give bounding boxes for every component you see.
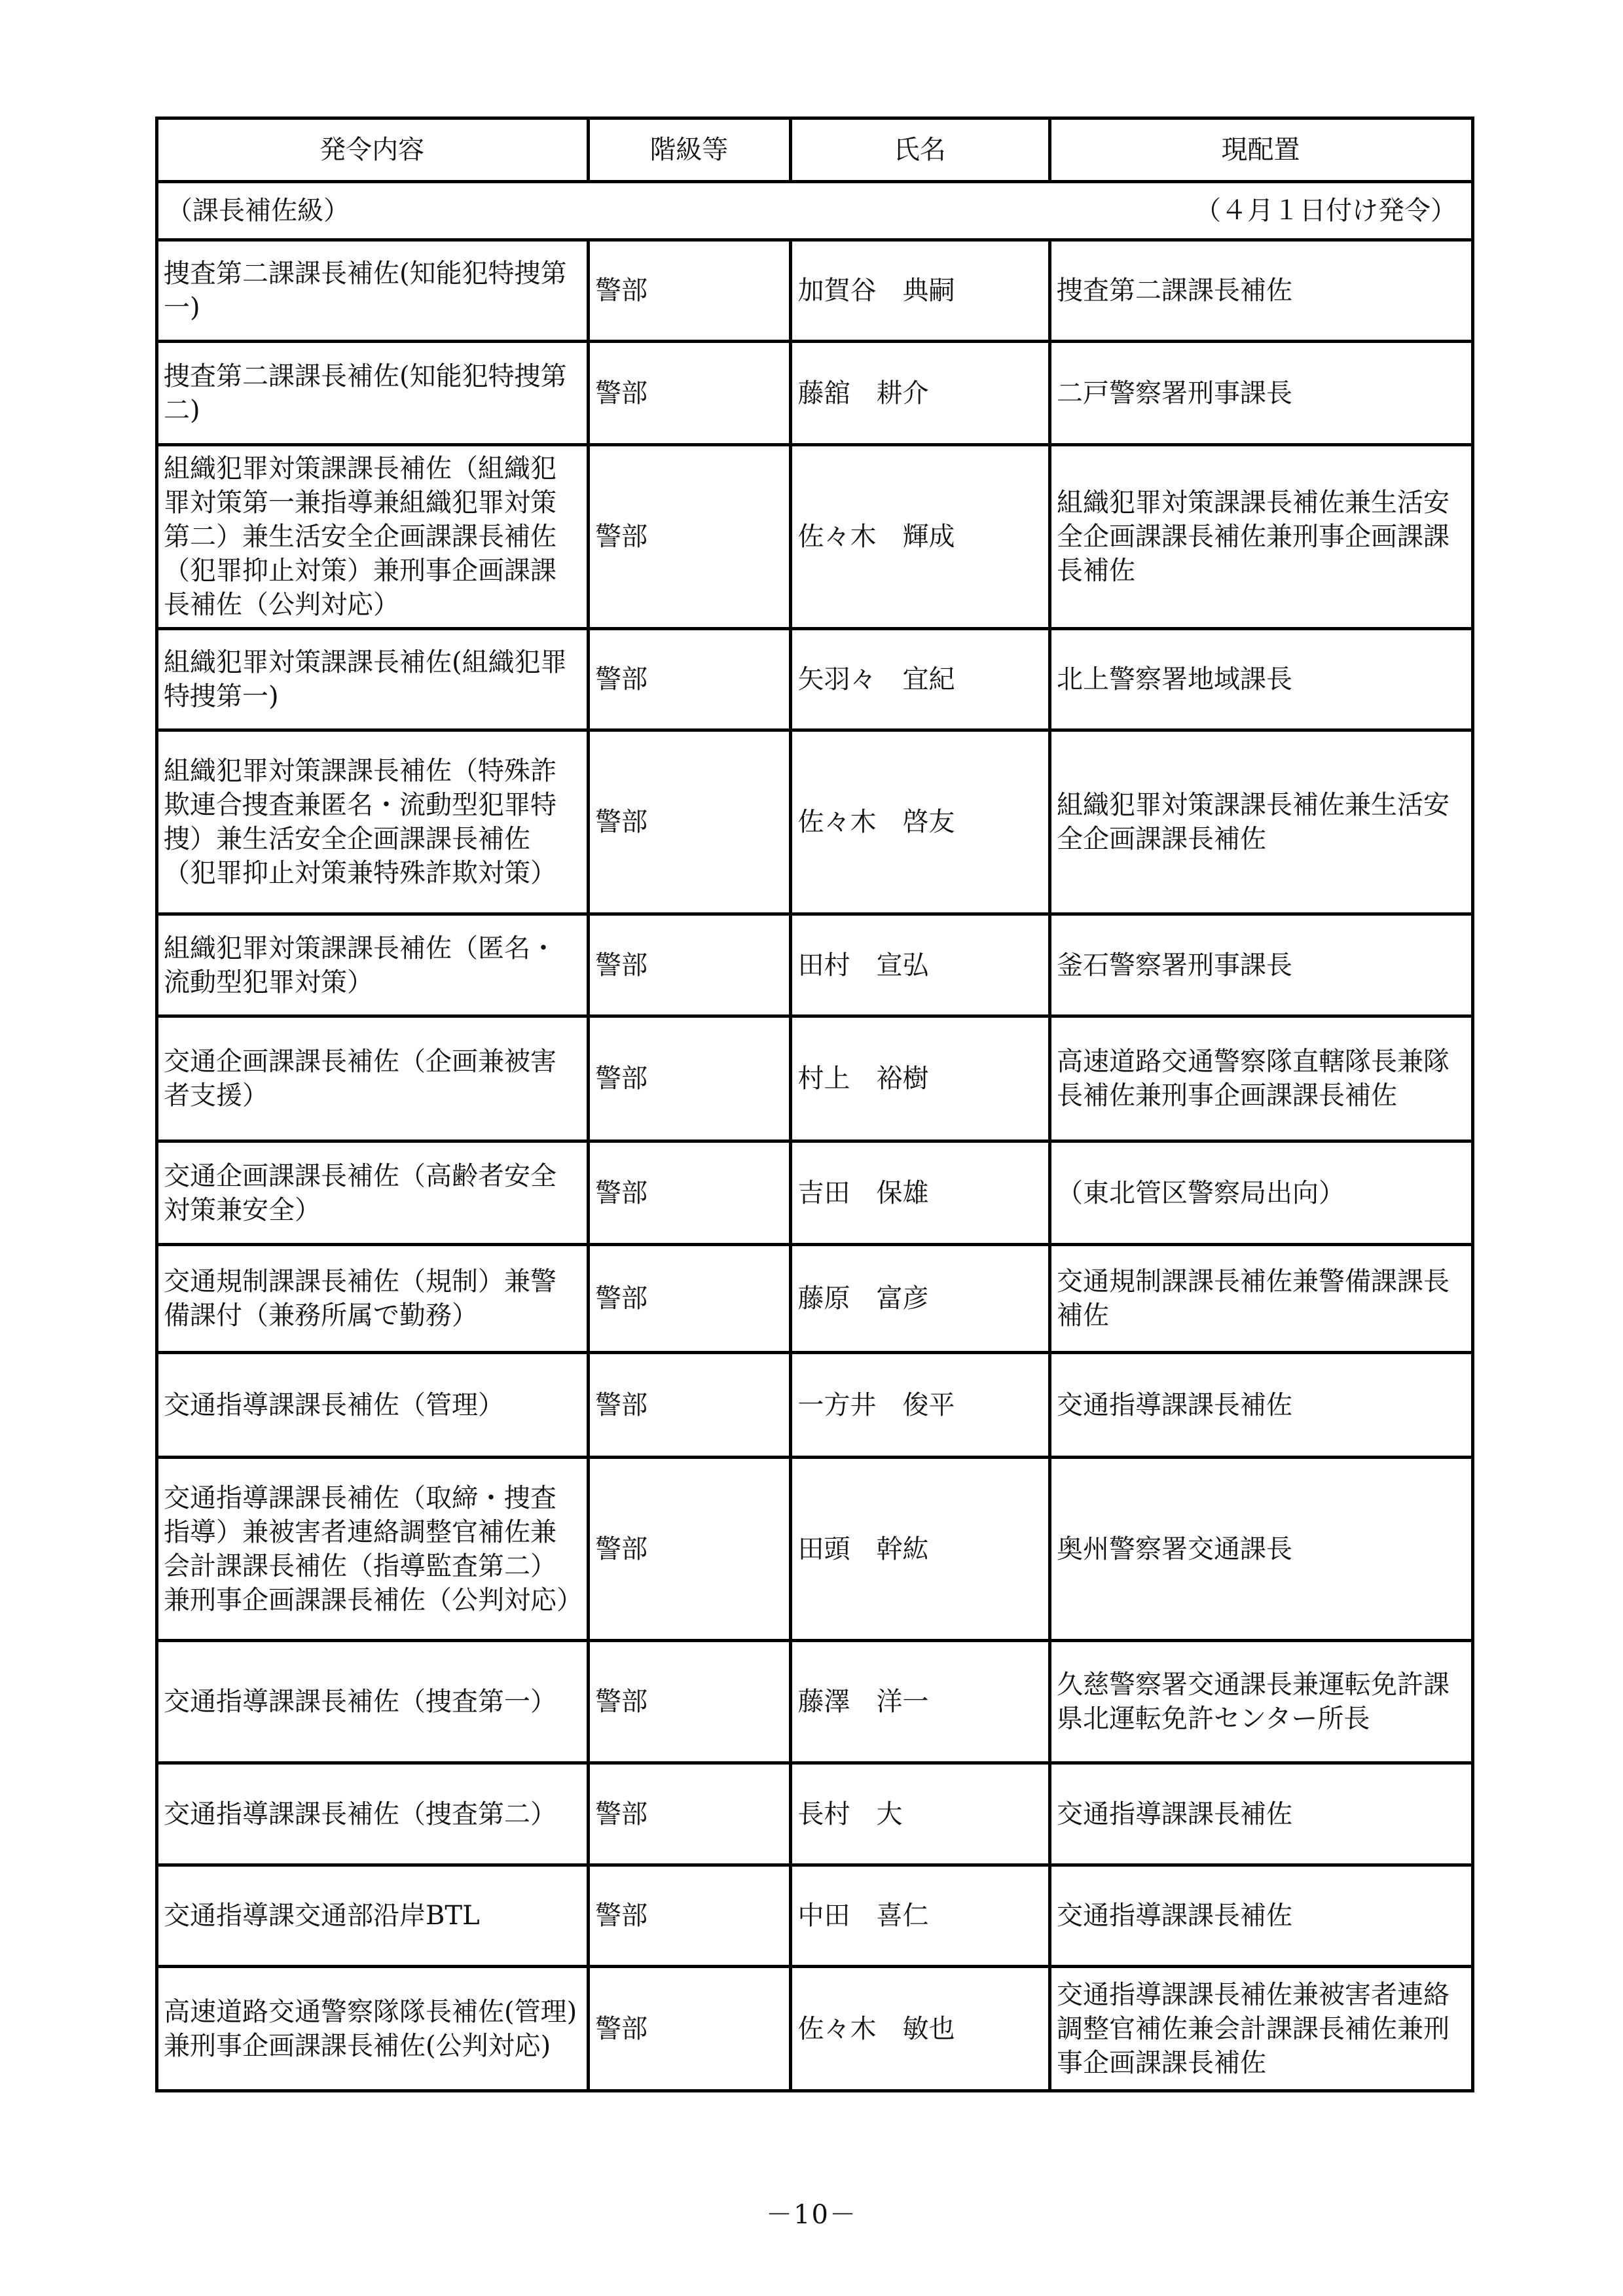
current-cell: 奥州警察署交通課長 xyxy=(1049,1458,1472,1641)
order-cell: 組織犯罪対策課課長補佐（特殊詐欺連合捜査兼匿名・流動型犯罪特捜）兼生活安全企画課… xyxy=(157,730,589,914)
name-cell: 佐々木 輝成 xyxy=(791,445,1050,629)
table-row: 捜査第二課課長補佐(知能犯特捜第一)警部加賀谷 典嗣捜査第二課課長補佐 xyxy=(157,240,1473,342)
name-cell: 佐々木 啓友 xyxy=(791,730,1050,914)
order-cell: 交通指導課課長補佐（管理） xyxy=(157,1353,589,1458)
header-rank: 階級等 xyxy=(589,118,791,182)
name-cell: 中田 喜仁 xyxy=(791,1865,1050,1967)
current-cell: 北上警察署地域課長 xyxy=(1049,629,1472,730)
name-cell: 加賀谷 典嗣 xyxy=(791,240,1050,342)
name-cell: 長村 大 xyxy=(791,1763,1050,1865)
rank-cell: 警部 xyxy=(589,1016,791,1141)
current-cell: 組織犯罪対策課課長補佐兼生活安全企画課課長補佐兼刑事企画課課長補佐 xyxy=(1049,445,1472,629)
rank-cell: 警部 xyxy=(589,445,791,629)
rank-cell: 警部 xyxy=(589,1353,791,1458)
order-cell: 組織犯罪対策課課長補佐(組織犯罪特捜第一) xyxy=(157,629,589,730)
header-row: 発令内容 階級等 氏名 現配置 xyxy=(157,118,1473,182)
current-cell: 釜石警察署刑事課長 xyxy=(1049,914,1472,1016)
table-row: 組織犯罪対策課課長補佐(組織犯罪特捜第一)警部矢羽々 宜紀北上警察署地域課長 xyxy=(157,629,1473,730)
name-cell: 藤澤 洋一 xyxy=(791,1641,1050,1763)
current-cell: 二戸警察署刑事課長 xyxy=(1049,342,1472,445)
section-cell: （課長補佐級） （４月１日付け発令） xyxy=(157,182,1473,240)
rank-cell: 警部 xyxy=(589,342,791,445)
name-cell: 一方井 俊平 xyxy=(791,1353,1050,1458)
current-cell: 交通指導課課長補佐 xyxy=(1049,1865,1472,1967)
section-date-note: （４月１日付け発令） xyxy=(1195,194,1457,228)
current-cell: 交通指導課課長補佐 xyxy=(1049,1353,1472,1458)
table-row: 捜査第二課課長補佐(知能犯特捜第二)警部藤舘 耕介二戸警察署刑事課長 xyxy=(157,342,1473,445)
order-cell: 交通指導課課長補佐（捜査第二） xyxy=(157,1763,589,1865)
order-cell: 交通企画課課長補佐（企画兼被害者支援） xyxy=(157,1016,589,1141)
current-cell: 捜査第二課課長補佐 xyxy=(1049,240,1472,342)
current-cell: （東北管区警察局出向） xyxy=(1049,1141,1472,1245)
current-cell: 久慈警察署交通課長兼運転免許課県北運転免許センター所長 xyxy=(1049,1641,1472,1763)
table-row: 交通規制課課長補佐（規制）兼警備課付（兼務所属で勤務）警部藤原 富彦交通規制課課… xyxy=(157,1245,1473,1353)
name-cell: 矢羽々 宜紀 xyxy=(791,629,1050,730)
rank-cell: 警部 xyxy=(589,1245,791,1353)
rank-cell: 警部 xyxy=(589,914,791,1016)
rank-cell: 警部 xyxy=(589,730,791,914)
name-cell: 村上 裕樹 xyxy=(791,1016,1050,1141)
table-row: 交通企画課課長補佐（高齢者安全対策兼安全）警部吉田 保雄（東北管区警察局出向） xyxy=(157,1141,1473,1245)
rank-cell: 警部 xyxy=(589,1458,791,1641)
table-row: 交通指導課課長補佐（管理）警部一方井 俊平交通指導課課長補佐 xyxy=(157,1353,1473,1458)
order-cell: 交通指導課課長補佐（取締・捜査指導）兼被害者連絡調整官補佐兼会計課課長補佐（指導… xyxy=(157,1458,589,1641)
current-cell: 組織犯罪対策課課長補佐兼生活安全企画課課長補佐 xyxy=(1049,730,1472,914)
header-current: 現配置 xyxy=(1049,118,1472,182)
section-row: （課長補佐級） （４月１日付け発令） xyxy=(157,182,1473,240)
current-cell: 交通規制課課長補佐兼警備課課長補佐 xyxy=(1049,1245,1472,1353)
name-cell: 田村 宣弘 xyxy=(791,914,1050,1016)
rank-cell: 警部 xyxy=(589,629,791,730)
order-cell: 交通企画課課長補佐（高齢者安全対策兼安全） xyxy=(157,1141,589,1245)
table-row: 組織犯罪対策課課長補佐（匿名・流動型犯罪対策）警部田村 宣弘釜石警察署刑事課長 xyxy=(157,914,1473,1016)
current-cell: 交通指導課課長補佐兼被害者連絡調整官補佐兼会計課課長補佐兼刑事企画課課長補佐 xyxy=(1049,1967,1472,2091)
table-row: 交通指導課課長補佐（捜査第一）警部藤澤 洋一久慈警察署交通課長兼運転免許課県北運… xyxy=(157,1641,1473,1763)
personnel-table: 発令内容 階級等 氏名 現配置 （課長補佐級） （４月１日付け発令） 捜査第二課… xyxy=(155,117,1474,2092)
rank-cell: 警部 xyxy=(589,1641,791,1763)
name-cell: 田頭 幹紘 xyxy=(791,1458,1050,1641)
rank-cell: 警部 xyxy=(589,1865,791,1967)
table-row: 交通指導課課長補佐（取締・捜査指導）兼被害者連絡調整官補佐兼会計課課長補佐（指導… xyxy=(157,1458,1473,1641)
current-cell: 高速道路交通警察隊直轄隊長兼隊長補佐兼刑事企画課課長補佐 xyxy=(1049,1016,1472,1141)
current-cell: 交通指導課課長補佐 xyxy=(1049,1763,1472,1865)
table-row: 交通指導課交通部沿岸BTL警部中田 喜仁交通指導課課長補佐 xyxy=(157,1865,1473,1967)
order-cell: 交通規制課課長補佐（規制）兼警備課付（兼務所属で勤務） xyxy=(157,1245,589,1353)
rank-cell: 警部 xyxy=(589,1141,791,1245)
name-cell: 佐々木 敏也 xyxy=(791,1967,1050,2091)
table-row: 交通指導課課長補佐（捜査第二）警部長村 大交通指導課課長補佐 xyxy=(157,1763,1473,1865)
order-cell: 高速道路交通警察隊隊長補佐(管理)兼刑事企画課課長補佐(公判対応) xyxy=(157,1967,589,2091)
page-number: －10－ xyxy=(0,2194,1623,2231)
table-row: 組織犯罪対策課課長補佐（組織犯罪対策第一兼指導兼組織犯罪対策第二）兼生活安全企画… xyxy=(157,445,1473,629)
header-name: 氏名 xyxy=(791,118,1050,182)
name-cell: 吉田 保雄 xyxy=(791,1141,1050,1245)
name-cell: 藤原 富彦 xyxy=(791,1245,1050,1353)
rank-cell: 警部 xyxy=(589,1967,791,2091)
section-label: （課長補佐級） xyxy=(166,194,350,228)
name-cell: 藤舘 耕介 xyxy=(791,342,1050,445)
order-cell: 捜査第二課課長補佐(知能犯特捜第一) xyxy=(157,240,589,342)
table-row: 交通企画課課長補佐（企画兼被害者支援）警部村上 裕樹高速道路交通警察隊直轄隊長兼… xyxy=(157,1016,1473,1141)
order-cell: 交通指導課課長補佐（捜査第一） xyxy=(157,1641,589,1763)
table-row: 組織犯罪対策課課長補佐（特殊詐欺連合捜査兼匿名・流動型犯罪特捜）兼生活安全企画課… xyxy=(157,730,1473,914)
rank-cell: 警部 xyxy=(589,240,791,342)
order-cell: 捜査第二課課長補佐(知能犯特捜第二) xyxy=(157,342,589,445)
header-order: 発令内容 xyxy=(157,118,589,182)
order-cell: 交通指導課交通部沿岸BTL xyxy=(157,1865,589,1967)
order-cell: 組織犯罪対策課課長補佐（匿名・流動型犯罪対策） xyxy=(157,914,589,1016)
table-row: 高速道路交通警察隊隊長補佐(管理)兼刑事企画課課長補佐(公判対応)警部佐々木 敏… xyxy=(157,1967,1473,2091)
rank-cell: 警部 xyxy=(589,1763,791,1865)
order-cell: 組織犯罪対策課課長補佐（組織犯罪対策第一兼指導兼組織犯罪対策第二）兼生活安全企画… xyxy=(157,445,589,629)
